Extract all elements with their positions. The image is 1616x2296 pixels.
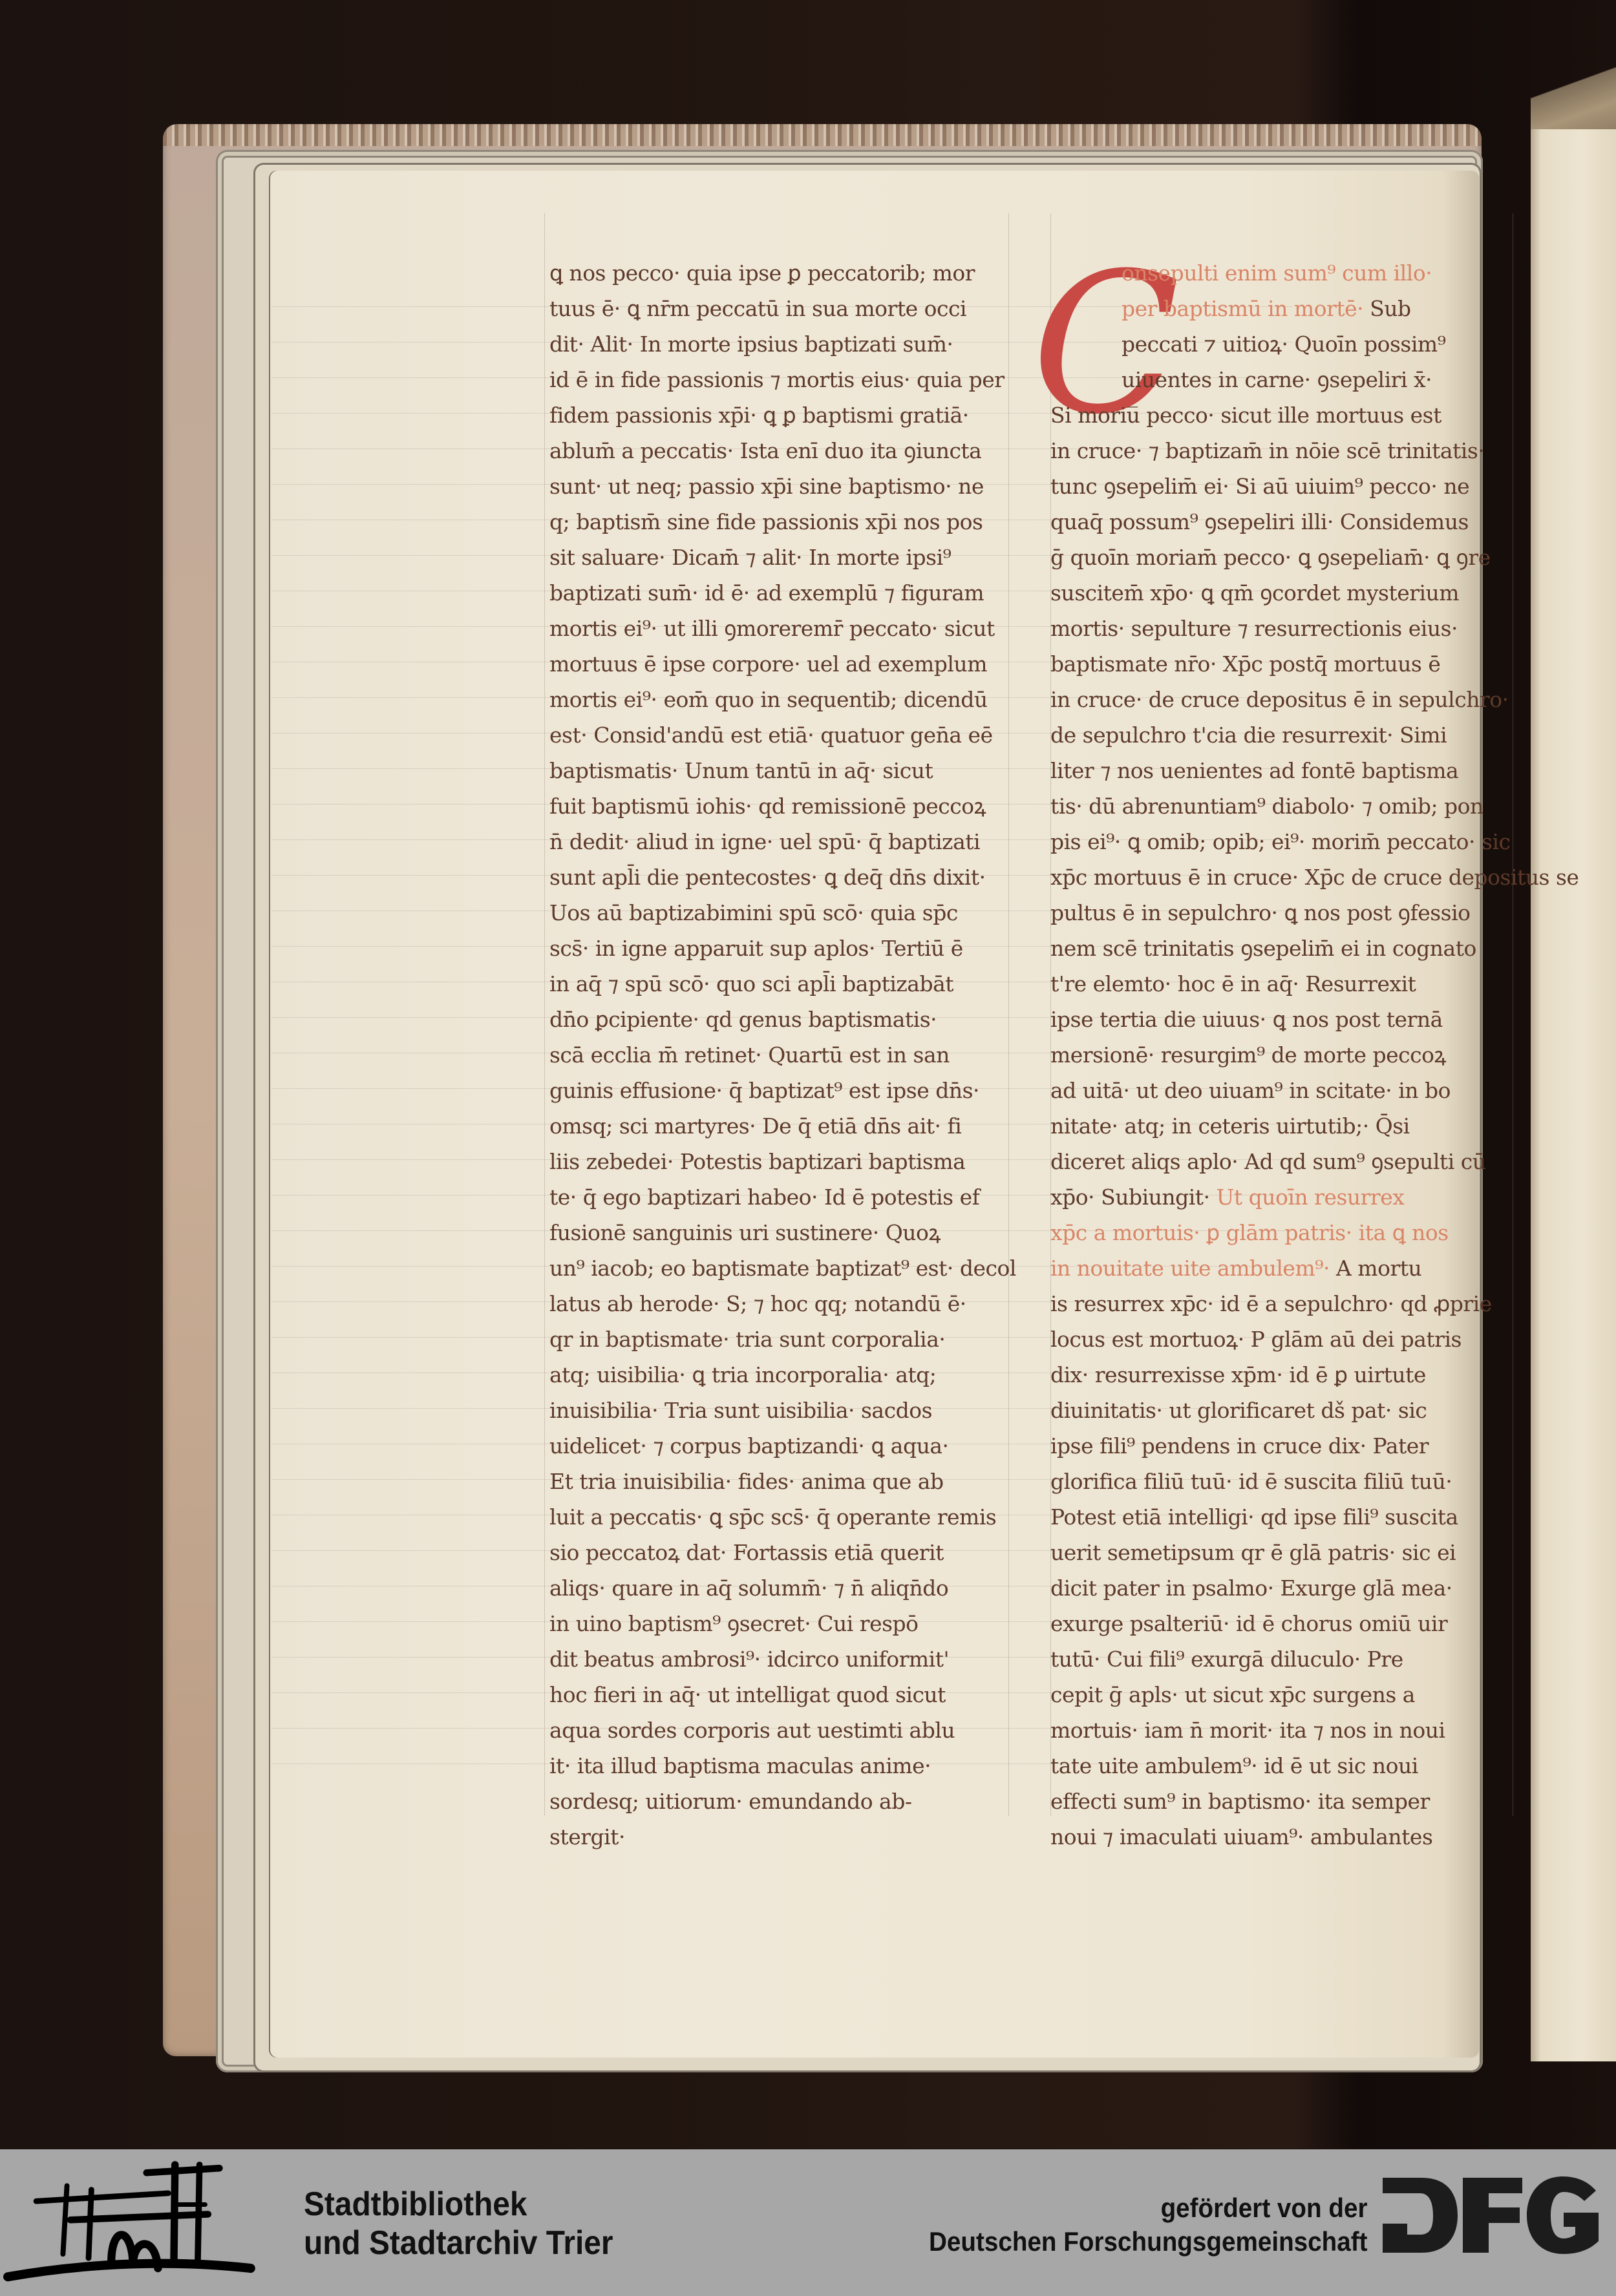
- rubric-line: onsepulti enim sum⁹ cum illo·: [1050, 255, 1516, 291]
- book-top-edge: [163, 124, 1482, 146]
- text-column-right: onsepulti enim sum⁹ cum illo· per baptis…: [1050, 255, 1516, 1855]
- funding-line1: gefördert von der: [929, 2191, 1367, 2225]
- rubric-text: per baptismū in mortē·: [1122, 296, 1363, 321]
- text-line: mortis ei⁹· eom̄ quo in sequentib; dicen…: [549, 682, 995, 717]
- rubric-line: xp̄c a mortuis· ꝑ glām patris· ita ꝗ nos: [1050, 1215, 1516, 1250]
- column-rule: [1008, 213, 1009, 1816]
- text-line: aliqs· quare in aq̄ solumm̄· ⁊ n̄ aliqn̄…: [549, 1570, 995, 1606]
- text-line: baptismate nr̄o· Xp̄c postq̄ mortuus ē: [1050, 646, 1516, 682]
- text-line: liter ⁊ nos uenientes ad fontē baptisma: [1050, 753, 1516, 788]
- text-line: qr in baptismate· tria sunt corporalia·: [549, 1322, 995, 1357]
- text-line: noui ⁊ imaculati uiuam⁹· ambulantes: [1050, 1819, 1516, 1855]
- text-line: omsq; sci martyres· De q̄ etiā dn̄s ait·…: [549, 1108, 995, 1144]
- text-line: sordesq; uitiorum· emundando ab-: [549, 1784, 995, 1819]
- text-line: dit· Alit· In morte ipsius baptizati sum…: [549, 326, 995, 362]
- text-line: ablum̄ a peccatis· Ista enī duo ita ꝯiun…: [549, 433, 995, 469]
- rubric-text: Ut quoīn resurrex: [1217, 1185, 1405, 1210]
- dfg-logo-icon: [1381, 2176, 1601, 2254]
- text-line: Uos aū baptizabimini spū scō· quia sp̄c: [549, 895, 995, 931]
- text-line: stergit·: [549, 1819, 995, 1855]
- text-line: is resurrex xp̄c· id ē a sepulchro· qd ꝓ…: [1050, 1286, 1516, 1322]
- text-line: mortis ei⁹· ut illi ꝯmoreremr̄ peccato· …: [549, 611, 995, 646]
- text-line: peccati ⁊ uitioꝝ· Quoīn possim⁹: [1050, 326, 1516, 362]
- text-line: cepit ḡ apls· ut sicut xp̄c surgens a: [1050, 1677, 1516, 1712]
- text-line: mortis· sepulture ⁊ resurrectionis eius·: [1050, 611, 1516, 646]
- text-line: diceret aliqs aplo· Ad qd sum⁹ ꝯsepulti …: [1050, 1144, 1516, 1179]
- text-line: id ē in fide passionis ⁊ mortis eius· qu…: [549, 362, 995, 397]
- facing-page-top-edge: [1531, 52, 1616, 136]
- text-line: hoc fieri in aq̄· ut intelligat quod sic…: [549, 1677, 995, 1712]
- text-line: pultus ē in sepulchro· ꝗ nos post ꝯfessi…: [1050, 895, 1516, 931]
- text-line: xp̄o· Subiungit· Ut quoīn resurrex: [1050, 1179, 1516, 1215]
- text-line: luit a peccatis· ꝗ sp̄c scs̄· q̄ operant…: [549, 1499, 995, 1535]
- text-line: t're elemto· hoc ē in aq̄· Resurrexit: [1050, 966, 1516, 1002]
- text-line: diuinitatis· ut glorificaret dš pat· sic: [1050, 1393, 1516, 1428]
- text-line: Potest etiā intelligi· qd ipse fili⁹ sus…: [1050, 1499, 1516, 1535]
- text-line: sunt· ut neq; passio xp̄i sine baptismo·…: [549, 469, 995, 504]
- text-line: quaq̄ possum⁹ ꝯsepeliri illi· Considemus: [1050, 504, 1516, 540]
- rubric-line: per baptismū in mortē· Sub: [1050, 291, 1516, 326]
- text-line: glorifica filiū tuū· id ē suscita filiū …: [1050, 1464, 1516, 1499]
- text-line: fuit baptismū iohis· qd remissionē pecco…: [549, 788, 995, 824]
- text-line: sunt apl̄i die pentecostes· ꝗ deq̄ dn̄s …: [549, 859, 995, 895]
- library-name: Stadtbibliothek und Stadtarchiv Trier: [304, 2185, 613, 2262]
- column-rule: [544, 213, 545, 1816]
- text-line: tunc ꝯsepelim̄ ei· Si aū uiuim⁹ pecco· n…: [1050, 469, 1516, 504]
- text-line: mortuis· iam n̄ morit· ita ⁊ nos in noui: [1050, 1712, 1516, 1748]
- text-line: tuus ē· ꝗ nr̄m peccatū in sua morte occi: [549, 291, 995, 326]
- text-line: aqua sordes corporis aut uestimti ablu: [549, 1712, 995, 1748]
- text-line: uerit semetipsum qr ē glā patris· sic ei: [1050, 1535, 1516, 1570]
- text-line: baptizati sum̄· id ē· ad exemplū ⁊ figur…: [549, 575, 995, 611]
- text-line: Et tria inuisibilia· fides· anima que ab: [549, 1464, 995, 1499]
- text-line: nem scē trinitatis ꝯsepelim̄ ei in cogna…: [1050, 931, 1516, 966]
- text-line: tis· dū abrenuntiam⁹ diabolo· ⁊ omib; po…: [1050, 788, 1516, 824]
- text-line: est· Consid'andū est etiā· quatuor gen̄a…: [549, 717, 995, 753]
- text-line: n̄ dedit· aliud in igne· uel spū· q̄ bap…: [549, 824, 995, 859]
- text-line: ꝗ nos pecco· quia ipse ꝑ peccatorib; mor: [549, 255, 995, 291]
- text-line: it· ita illud baptisma maculas anime·: [549, 1748, 995, 1784]
- text-line: in aq̄ ⁊ spū scō· quo sci apl̄i baptizab…: [549, 966, 995, 1002]
- text-line: nitate· atq; in ceteris uirtutib;· Q̄si: [1050, 1108, 1516, 1144]
- text-line: guinis effusione· q̄ baptizat⁹ est ipse …: [549, 1073, 995, 1108]
- text-line: dit beatus ambrosi⁹· idcirco uniformit': [549, 1641, 995, 1677]
- funding-line2: Deutschen Forschungsgemeinschaft: [929, 2225, 1367, 2259]
- text-line: mersionē· resurgim⁹ de morte peccoꝝ: [1050, 1037, 1516, 1073]
- text-line: ḡ quoīn moriam̄ pecco· ꝗ ꝯsepeliam̄· ꝗ ꝯ…: [1050, 540, 1516, 575]
- text-line: suscitem̄ xp̄o· ꝗ qm̄ ꝯcordet mysterium: [1050, 575, 1516, 611]
- text-line: ad uitā· ut deo uiuam⁹ in scitate· in bo: [1050, 1073, 1516, 1108]
- text-segment: A mortu: [1336, 1256, 1421, 1281]
- footer-banner: Stadtbibliothek und Stadtarchiv Trier ge…: [0, 2149, 1616, 2296]
- text-line: in cruce· ⁊ baptizam̄ in nōie scē trinit…: [1050, 433, 1516, 469]
- trier-city-gate-logo-icon: [3, 2156, 288, 2291]
- text-line: de sepulchro t'cia die resurrexit· Simi: [1050, 717, 1516, 753]
- text-line: baptismatis· Unum tantū in aq̄· sicut: [549, 753, 995, 788]
- text-line: uiuentes in carne· ꝯsepeliri x̄·: [1050, 362, 1516, 397]
- text-line: Si moriu̅ pecco· sicut ille mortuus est: [1050, 397, 1516, 433]
- text-line: exurge psalteriū· id ē chorus omiū uir: [1050, 1606, 1516, 1641]
- text-line: fusionē sanguinis uri sustinere· Quoꝝ: [549, 1215, 995, 1250]
- text-line: dicit pater in psalmo· Exurge glā mea·: [1050, 1570, 1516, 1606]
- funding-notice: gefördert von der Deutschen Forschungsge…: [929, 2191, 1367, 2259]
- text-line: q; baptism̄ sine fide passionis xp̄i nos…: [549, 504, 995, 540]
- rubric-line: in nouitate uite ambulem⁹· A mortu: [1050, 1250, 1516, 1286]
- text-line: ipse fili⁹ pendens in cruce dix· Pater: [1050, 1428, 1516, 1464]
- text-line: scs̄· in igne apparuit sup aplos· Tertiū…: [549, 931, 995, 966]
- facing-page: [1531, 129, 1616, 2061]
- text-line: mortuus ē ipse corpore· uel ad exemplum: [549, 646, 995, 682]
- text-segment: xp̄o· Subiungit·: [1050, 1185, 1210, 1210]
- text-line: in cruce· de cruce depositus ē in sepulc…: [1050, 682, 1516, 717]
- text-line: scā ecclia m̄ retinet· Quartū est in san: [549, 1037, 995, 1073]
- text-column-left: ꝗ nos pecco· quia ipse ꝑ peccatorib; mor…: [549, 255, 995, 1855]
- text-line: tutū· Cui fili⁹ exurgā diluculo· Pre: [1050, 1641, 1516, 1677]
- text-line: latus ab herode· S; ⁊ hoc qq; notandū ē·: [549, 1286, 995, 1322]
- text-line: inuisibilia· Tria sunt uisibilia· sacdos: [549, 1393, 995, 1428]
- text-line: ipse tertia die uiuus· ꝗ nos post ternā: [1050, 1002, 1516, 1037]
- text-line: pis ei⁹· ꝗ omib; opib; ei⁹· morim̄ pecca…: [1050, 824, 1516, 859]
- text-line: dix· resurrexisse xp̄m· id ē ꝑ uirtute: [1050, 1357, 1516, 1393]
- text-line: effecti sum⁹ in baptismo· ita semper: [1050, 1784, 1516, 1819]
- text-line: locus est mortuoꝝ· P glām aū dei patris: [1050, 1322, 1516, 1357]
- text-line: atq; uisibilia· ꝗ tria incorporalia· atq…: [549, 1357, 995, 1393]
- text-segment: Sub: [1370, 296, 1411, 321]
- text-line: dn̄o ꝑcipiente· qd genus baptismatis·: [549, 1002, 995, 1037]
- text-line: xp̄c mortuus ē in cruce· Xp̄c de cruce d…: [1050, 859, 1516, 895]
- text-line: fidem passionis xp̄i· ꝗ ꝑ baptismi grati…: [549, 397, 995, 433]
- text-line: te· q̄ ego baptizari habeo· Id ē potesti…: [549, 1179, 995, 1215]
- text-line: liis zebedei· Potestis baptizari baptism…: [549, 1144, 995, 1179]
- library-name-line2: und Stadtarchiv Trier: [304, 2224, 613, 2262]
- text-line: in uino baptism⁹ ꝯsecret· Cui respō: [549, 1606, 995, 1641]
- text-line: tate uite ambulem⁹· id ē ut sic noui: [1050, 1748, 1516, 1784]
- text-line: sio peccatoꝝ dat· Fortassis etiā querit: [549, 1535, 995, 1570]
- text-line: sit saluare· Dicam̄ ⁊ alit· In morte ips…: [549, 540, 995, 575]
- library-name-line1: Stadtbibliothek: [304, 2185, 613, 2224]
- rubric-text: in nouitate uite ambulem⁹·: [1050, 1256, 1330, 1281]
- text-line: uidelicet· ⁊ corpus baptizandi· ꝗ aqua·: [549, 1428, 995, 1464]
- text-line: un⁹ iacob; eo baptismate baptizat⁹ est· …: [549, 1250, 995, 1286]
